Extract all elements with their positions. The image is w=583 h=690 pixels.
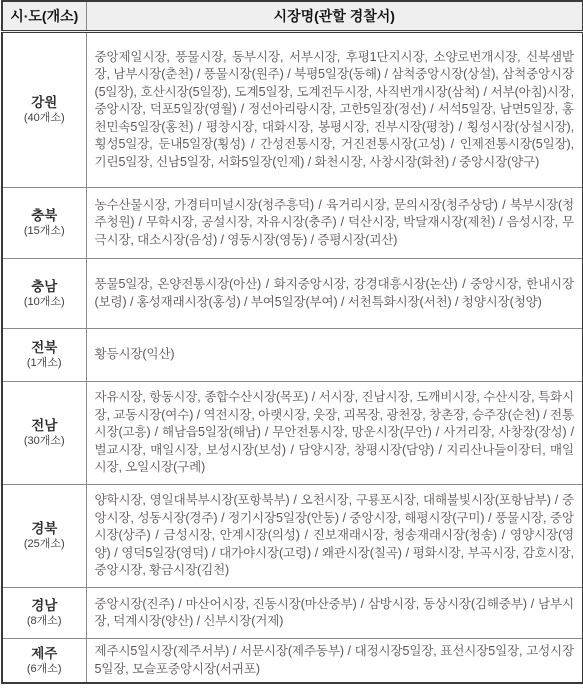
table-row-chungnam: 충남 (10개소) 풍물5일장, 온양전통시장(아산) / 화지중앙시장, 강경…	[2, 259, 583, 329]
markets-cell: 중앙제일시장, 풍물시장, 동부시장, 서부시장, 후평1단지시장, 소양로번개…	[86, 32, 583, 188]
region-count: (1개소)	[5, 356, 84, 371]
region-count: (40개소)	[5, 111, 84, 126]
region-cell: 경북 (25개소)	[2, 485, 86, 588]
region-cell: 충남 (10개소)	[2, 259, 86, 329]
region-cell: 경남 (8개소)	[2, 588, 86, 639]
region-cell: 강원 (40개소)	[2, 32, 86, 188]
region-count: (10개소)	[5, 295, 84, 310]
markets-cell: 자유시장, 항동시장, 종합수산시장(목포) / 서시장, 진남시장, 도깨비시…	[86, 382, 583, 485]
header-market-column: 시장명(관할 경찰서)	[86, 1, 583, 32]
table-row-gyeongbuk: 경북 (25개소) 양학시장, 영일대북부시장(포항북부) / 오천시장, 구룡…	[2, 485, 583, 588]
regional-markets-table: 시·도(개소) 시장명(관할 경찰서) 강원 (40개소) 중앙제일시장, 풍물…	[1, 0, 583, 684]
region-count: (25개소)	[5, 537, 84, 552]
markets-cell: 양학시장, 영일대북부시장(포항북부) / 오천시장, 구룡포시장, 대해불빛시…	[86, 485, 583, 588]
region-name: 충남	[5, 278, 84, 295]
region-name: 강원	[5, 94, 84, 111]
region-count: (15개소)	[5, 224, 84, 239]
table-row-gyeongnam: 경남 (8개소) 중앙시장(진주) / 마산어시장, 진동시장(마산중부) / …	[2, 588, 583, 639]
table-row-chungbuk: 충북 (15개소) 농수산물시장, 가경터미널시장(청주흥덕) / 육거리시장,…	[2, 188, 583, 259]
table-header-row: 시·도(개소) 시장명(관할 경찰서)	[2, 1, 583, 32]
region-count: (8개소)	[5, 614, 84, 629]
markets-cell: 풍물5일장, 온양전통시장(아산) / 화지중앙시장, 강경대흥시장(논산) /…	[86, 259, 583, 329]
table-row-jeonnam: 전남 (30개소) 자유시장, 항동시장, 종합수산시장(목포) / 서시장, …	[2, 382, 583, 485]
markets-cell: 농수산물시장, 가경터미널시장(청주흥덕) / 육거리시장, 문의시장(청주상당…	[86, 188, 583, 259]
region-name: 경북	[5, 520, 84, 537]
markets-cell: 중앙시장(진주) / 마산어시장, 진동시장(마산중부) / 삼방시장, 동상시…	[86, 588, 583, 639]
table-row-gangwon: 강원 (40개소) 중앙제일시장, 풍물시장, 동부시장, 서부시장, 후평1단…	[2, 32, 583, 188]
region-name: 경남	[5, 597, 84, 614]
region-count: (30개소)	[5, 434, 84, 449]
region-cell: 충북 (15개소)	[2, 188, 86, 259]
region-cell: 전남 (30개소)	[2, 382, 86, 485]
markets-cell: 황등시장(익산)	[86, 329, 583, 382]
region-name: 충북	[5, 207, 84, 224]
header-region-column: 시·도(개소)	[2, 1, 86, 32]
region-cell: 전북 (1개소)	[2, 329, 86, 382]
table-row-jeonbuk: 전북 (1개소) 황등시장(익산)	[2, 329, 583, 382]
markets-cell: 제주시5일시장(제주서부) / 서문시장(제주동부) / 대정시장5일장, 표선…	[86, 639, 583, 684]
region-name: 제주	[5, 645, 84, 662]
region-cell: 제주 (6개소)	[2, 639, 86, 684]
region-name: 전남	[5, 417, 84, 434]
region-name: 전북	[5, 339, 84, 356]
table-row-jeju: 제주 (6개소) 제주시5일시장(제주서부) / 서문시장(제주동부) / 대정…	[2, 639, 583, 684]
region-count: (6개소)	[5, 662, 84, 677]
